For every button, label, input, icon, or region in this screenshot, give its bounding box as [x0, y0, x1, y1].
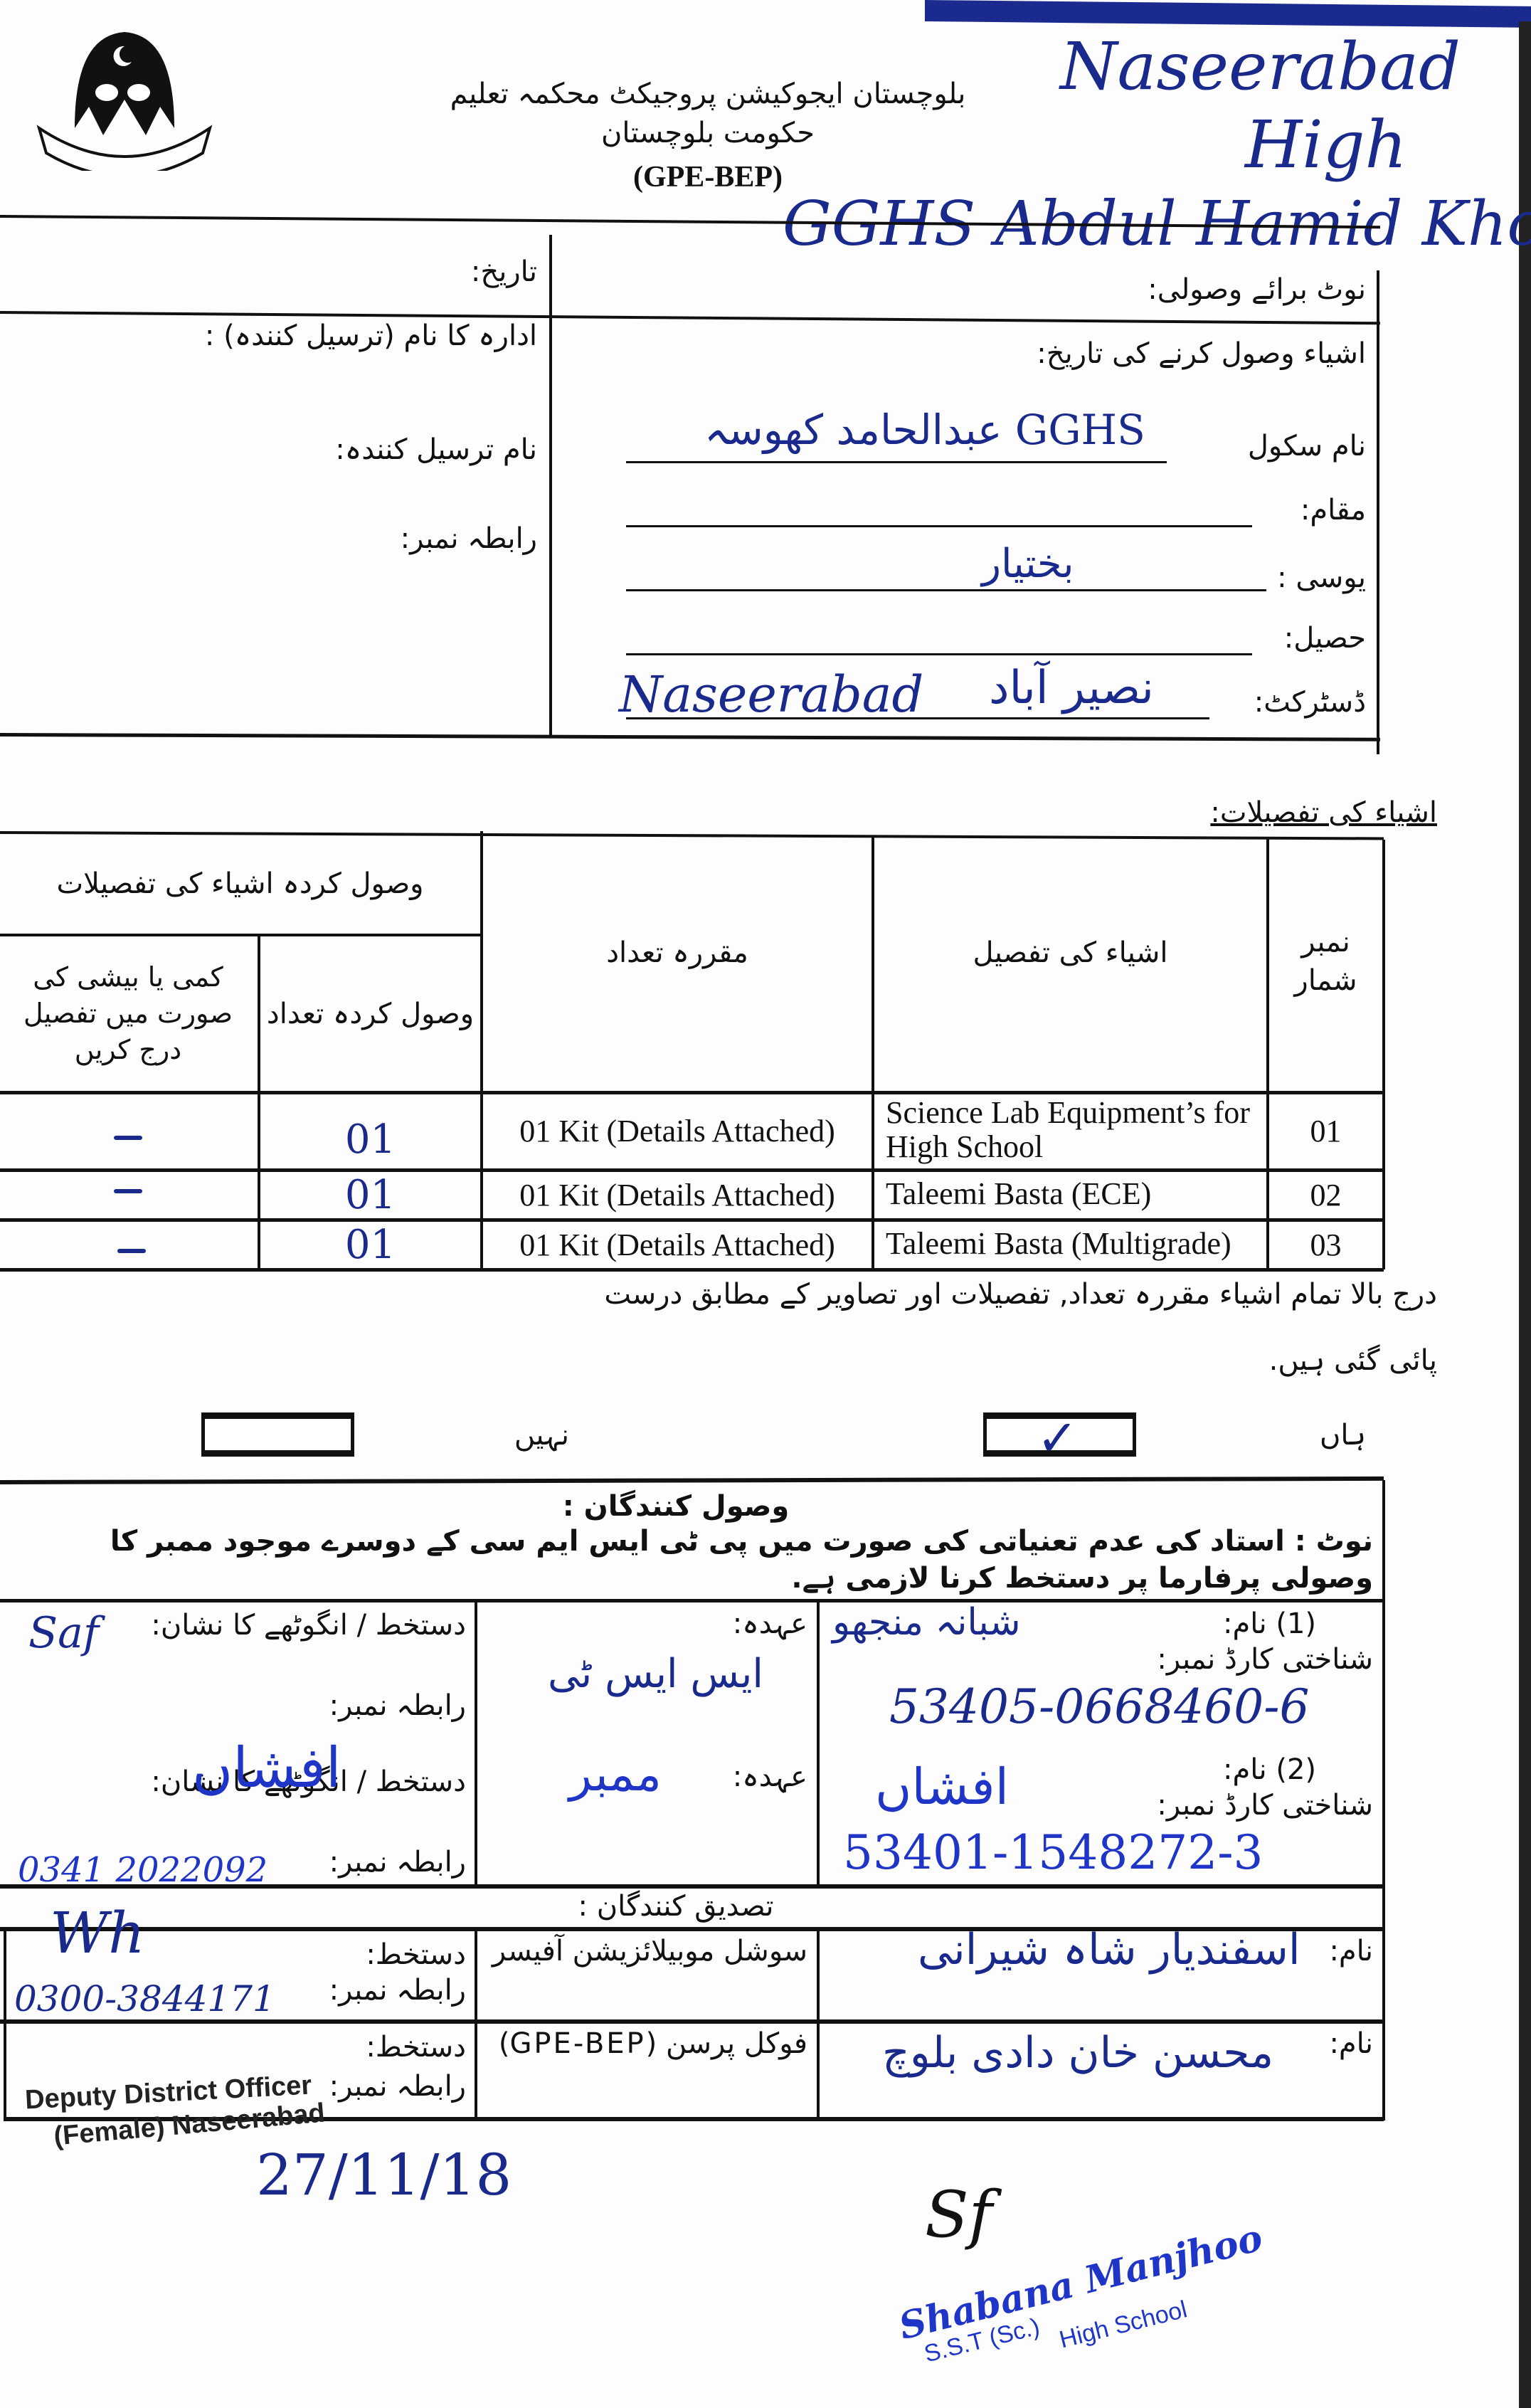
district-value-en: Naseerabad	[619, 665, 923, 724]
header-line3: (GPE-BEP)	[619, 160, 797, 194]
tehsil-underline	[626, 653, 1252, 655]
col-header-received-qty: وصول کردہ تعداد	[260, 936, 480, 1091]
person2-signature: افشاں	[192, 1736, 341, 1800]
verifier2-role: فوکل پرسن (GPE-BEP)	[484, 2024, 807, 2063]
divider	[0, 1599, 1384, 1602]
divider	[0, 1477, 1384, 1484]
receipt-note-label: نوٹ برائے وصولی:	[569, 270, 1366, 309]
page-edge-right	[1519, 21, 1531, 2408]
row3-allotted-qty: 01 Kit (Details Attached)	[483, 1222, 872, 1268]
yes-label: ہاں	[1273, 1416, 1366, 1454]
person2-cnic-value: 53401-1548272-3	[843, 1825, 1264, 1880]
page-edge-top	[925, 0, 1531, 28]
uc-value: بختیار	[982, 541, 1074, 587]
row3-shortfall	[117, 1249, 146, 1253]
person1-name-value: شبانہ منجھو	[832, 1601, 1021, 1644]
header-line2: حکومت بلوچستان	[334, 114, 1081, 152]
person1-cnic-value: 53405-0668460-6	[889, 1679, 1310, 1734]
sender-name-label: نام ترسیل کنندہ:	[14, 431, 537, 469]
tehsil-label: حصیل:	[1174, 619, 1366, 658]
person1-designation-label: عہدہ:	[484, 1605, 807, 1643]
row2-description: Taleemi Basta (ECE)	[886, 1176, 1263, 1212]
row2-allotted-qty: 01 Kit (Details Attached)	[483, 1172, 872, 1218]
recipients-title: وصول کنندگان :	[285, 1487, 1067, 1526]
row3-received-qty: 01	[260, 1222, 480, 1268]
divider	[0, 733, 1380, 741]
divider	[1382, 840, 1385, 1269]
verifier1-contact-value: 0300-3844171	[14, 1978, 275, 2019]
verifier1-signature: Wh	[50, 1900, 145, 1966]
handwritten-district: Naseerabad	[1060, 28, 1461, 105]
col-header-received-group: وصول کردہ اشیاء کی تفصیلات	[0, 834, 480, 934]
confirmation-statement-line2: پائی گئی ہیں.	[996, 1341, 1437, 1380]
verifier1-role: سوشل موبیلائزیشن آفیسر	[484, 1932, 807, 1970]
row3-description: Taleemi Basta (Multigrade)	[886, 1225, 1263, 1262]
row2-shortfall	[114, 1189, 142, 1193]
location-underline	[626, 525, 1252, 527]
col-header-serial: نمبر شمار	[1269, 834, 1382, 1091]
uc-underline	[626, 589, 1266, 591]
verifier2-name-value: محسن خان دادی بلوچ	[882, 2028, 1273, 2078]
sender-contact-label: رابطہ نمبر:	[14, 519, 537, 558]
ddo-signature-date: 27/11/18	[256, 2142, 512, 2208]
row1-shortfall	[114, 1136, 142, 1140]
header-line1: بلوچستان ایجوکیشن پروجیکٹ محکمہ تعلیم	[334, 75, 1081, 113]
school-name-label: نام سکول	[1174, 427, 1366, 465]
recipients-note: نوٹ : استاد کی عدم تعنیاتی کی صورت میں پ…	[21, 1523, 1373, 1597]
row2-received-qty: 01	[260, 1172, 480, 1218]
divider	[549, 235, 552, 736]
row1-allotted-qty: 01 Kit (Details Attached)	[483, 1094, 872, 1168]
col-header-allotted-qty: مقررہ تعداد	[483, 834, 872, 1091]
confirmation-statement-line1: درج بالا تمام اشیاء مقررہ تعداد, تفصیلات…	[0, 1275, 1437, 1314]
row2-serial: 02	[1269, 1172, 1382, 1218]
divider	[0, 2019, 1384, 2024]
divider	[4, 1928, 6, 2121]
col-header-shortfall: کمی یا بیشی کی صورت میں تفصیل درج کریں	[0, 936, 256, 1091]
person1-cnic-label: شناختی کارڈ نمبر:	[825, 1640, 1373, 1679]
divider	[475, 1928, 477, 2119]
row1-description: Science Lab Equipment’s for High School	[886, 1096, 1263, 1165]
row3-serial: 03	[1269, 1222, 1382, 1268]
divider	[1377, 270, 1379, 754]
school-name-value: GGHS عبدالحامد کھوسہ	[683, 406, 1167, 454]
handwritten-level: High	[1245, 107, 1407, 183]
divider	[0, 1268, 1384, 1272]
divider	[817, 1601, 820, 1886]
person2-designation-value: ممبر	[569, 1747, 662, 1802]
no-checkbox[interactable]	[201, 1412, 354, 1457]
location-label: مقام:	[1174, 491, 1366, 529]
district-label: ڈسٹرکٹ:	[1174, 683, 1366, 722]
district-value-ur: نصیر آباد	[989, 662, 1154, 714]
receipt-date-label: اشیاء وصول کرنے کی تاریخ:	[569, 334, 1366, 373]
office-name-label: ادارہ کا نام (ترسیل کنندہ) :	[14, 317, 537, 355]
divider	[475, 1601, 477, 1886]
person1-contact-label: رابطہ نمبر:	[14, 1686, 466, 1725]
items-section-title: اشیاء کی تفصیلات:	[925, 793, 1437, 832]
date-label: تاریخ:	[14, 253, 537, 291]
yes-checkbox[interactable]: ✓	[983, 1412, 1136, 1457]
verifier2-signature-label: دستخط:	[14, 2028, 466, 2066]
person1-signature: Saf	[28, 1608, 99, 1658]
verifier1-name-value: اسفندیار شاہ شیرانی	[918, 1925, 1300, 1975]
balochistan-govt-logo	[32, 21, 217, 171]
person2-name-value: افشاں	[875, 1758, 1009, 1816]
row1-received-qty: 01	[260, 1110, 480, 1168]
school-name-underline	[626, 461, 1167, 463]
row1-serial: 01	[1269, 1094, 1382, 1168]
verifiers-title: تصدیق کنندگان :	[285, 1887, 1067, 1926]
teacher-signature: Sf	[925, 2177, 992, 2252]
no-label: نہیں	[441, 1416, 569, 1454]
divider	[1382, 1480, 1385, 2121]
person1-designation-value: ایس ایس ٹی	[548, 1651, 763, 1697]
divider	[817, 1928, 820, 2119]
col-header-description: اشیاء کی تفصیل	[874, 834, 1266, 1091]
check-icon: ✓	[1037, 1413, 1079, 1463]
